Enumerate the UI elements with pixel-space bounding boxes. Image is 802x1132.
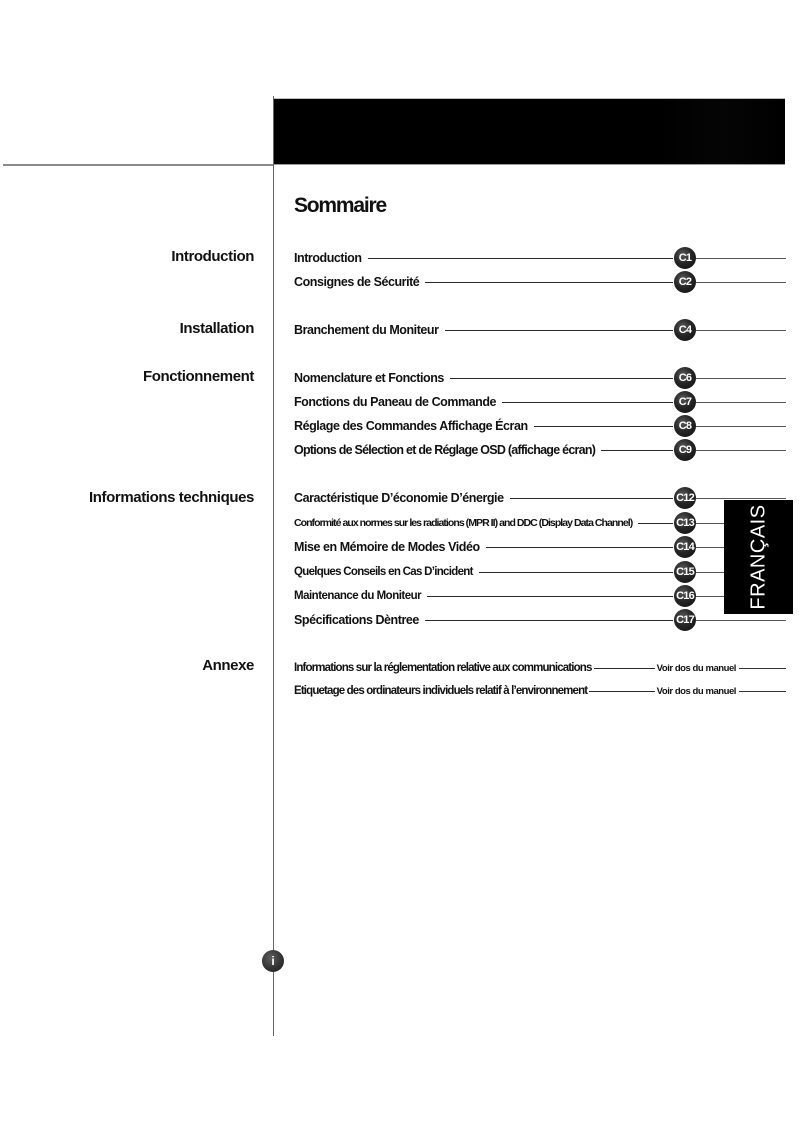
page-badge: C12 — [674, 487, 696, 509]
horizontal-rule — [3, 164, 273, 166]
leader-line — [601, 450, 673, 451]
vertical-rule — [273, 96, 274, 1036]
section-label-installation: Installation — [0, 319, 254, 339]
toc-entry-title: Consignes de Sécurité — [294, 275, 419, 289]
page-badge: C4 — [674, 319, 696, 341]
tail-line — [696, 620, 786, 621]
annex-entry-reference: Voir dos du manuel — [657, 686, 736, 697]
toc-entry-title: Spécifications Dèntree — [294, 613, 419, 627]
leader-line — [589, 691, 654, 692]
section-label-introduction: Introduction — [0, 247, 254, 267]
toc-entry-maintenance[interactable]: Maintenance du Moniteur C16 — [294, 586, 786, 606]
page-marker-icon: i — [262, 950, 284, 972]
tail-line — [696, 258, 786, 259]
toc-entry-paneau-commande[interactable]: Fonctions du Paneau de Commande C7 — [294, 392, 786, 412]
leader-line — [445, 330, 673, 331]
annex-entry-title: Etiquetage des ordinateurs individuels r… — [294, 685, 587, 697]
page-badge: C6 — [674, 367, 696, 389]
toc-entry-conseils-incident[interactable]: Quelques Conseils en Cas D’incident C15 — [294, 562, 786, 582]
page-badge: C7 — [674, 391, 696, 413]
page-badge: C16 — [674, 585, 696, 607]
toc-entry-economie-energie[interactable]: Caractéristique D’économie D’énergie C12 — [294, 488, 786, 508]
toc-entry-title: Caractéristique D’économie D’énergie — [294, 491, 504, 505]
page-badge: C13 — [674, 512, 696, 534]
leader-line — [450, 378, 673, 379]
section-label-informations-techniques: Informations techniques — [0, 488, 254, 508]
language-tab-label: FRANÇAIS — [747, 504, 770, 609]
leader-line — [479, 572, 673, 573]
annex-entry-reglementation[interactable]: Informations sur la réglementation relat… — [294, 658, 786, 678]
leader-line — [638, 523, 673, 524]
toc-entry-title: Options de Sélection et de Réglage OSD (… — [294, 443, 595, 457]
toc-entry-specifications[interactable]: Spécifications Dèntree C17 — [294, 610, 786, 630]
leader-line — [425, 282, 673, 283]
tail-line — [696, 282, 786, 283]
leader-line — [368, 258, 673, 259]
toc-entry-conformite-radiations[interactable]: Conformité aux normes sur les radiations… — [294, 513, 786, 533]
toc-entry-nomenclature[interactable]: Nomenclature et Fonctions C6 — [294, 368, 786, 388]
toc-entry-branchement[interactable]: Branchement du Moniteur C4 — [294, 320, 786, 340]
section-label-fonctionnement: Fonctionnement — [0, 367, 254, 387]
leader-line — [425, 620, 673, 621]
toc-entry-title: Nomenclature et Fonctions — [294, 371, 444, 385]
tail-line — [739, 691, 786, 692]
toc-entry-reglage-commandes[interactable]: Réglage des Commandes Affichage Écran C8 — [294, 416, 786, 436]
toc-entry-introduction[interactable]: Introduction C1 — [294, 248, 786, 268]
page-badge: C8 — [674, 415, 696, 437]
toc-entry-title: Introduction — [294, 251, 362, 265]
language-tab: FRANÇAIS — [724, 500, 793, 614]
toc-entry-consignes-securite[interactable]: Consignes de Sécurité C2 — [294, 272, 786, 292]
annex-entry-title: Informations sur la réglementation relat… — [294, 662, 592, 674]
toc-entry-options-osd[interactable]: Options de Sélection et de Réglage OSD (… — [294, 440, 786, 460]
leader-line — [427, 596, 673, 597]
page-badge: C15 — [674, 561, 696, 583]
section-label-annexe: Annexe — [0, 656, 254, 676]
page-title: Sommaire — [294, 194, 386, 218]
leader-line — [594, 668, 655, 669]
toc-entry-title: Conformité aux normes sur les radiations… — [294, 517, 632, 529]
tail-line — [739, 668, 786, 669]
page-badge: C2 — [674, 271, 696, 293]
toc-entry-title: Fonctions du Paneau de Commande — [294, 395, 496, 409]
annex-entry-reference: Voir dos du manuel — [657, 663, 736, 674]
leader-line — [534, 426, 673, 427]
page-badge: C17 — [674, 609, 696, 631]
tail-line — [696, 378, 786, 379]
leader-line — [502, 402, 673, 403]
annex-entry-etiquetage[interactable]: Etiquetage des ordinateurs individuels r… — [294, 681, 786, 701]
page-badge: C14 — [674, 536, 696, 558]
tail-line — [696, 426, 786, 427]
tail-line — [696, 402, 786, 403]
tail-line — [696, 450, 786, 451]
toc-entry-title: Quelques Conseils en Cas D’incident — [294, 566, 473, 578]
tail-line — [696, 330, 786, 331]
toc-entry-title: Maintenance du Moniteur — [294, 590, 421, 602]
toc-entry-modes-video[interactable]: Mise en Mémoire de Modes Vidéo C14 — [294, 537, 786, 557]
page-badge: C1 — [674, 247, 696, 269]
header-bar — [274, 99, 785, 164]
toc-entry-title: Branchement du Moniteur — [294, 323, 439, 337]
leader-line — [486, 547, 673, 548]
toc-entry-title: Réglage des Commandes Affichage Écran — [294, 419, 528, 433]
tail-line — [696, 498, 786, 499]
leader-line — [510, 498, 673, 499]
page-badge: C9 — [674, 439, 696, 461]
toc-entry-title: Mise en Mémoire de Modes Vidéo — [294, 540, 480, 554]
